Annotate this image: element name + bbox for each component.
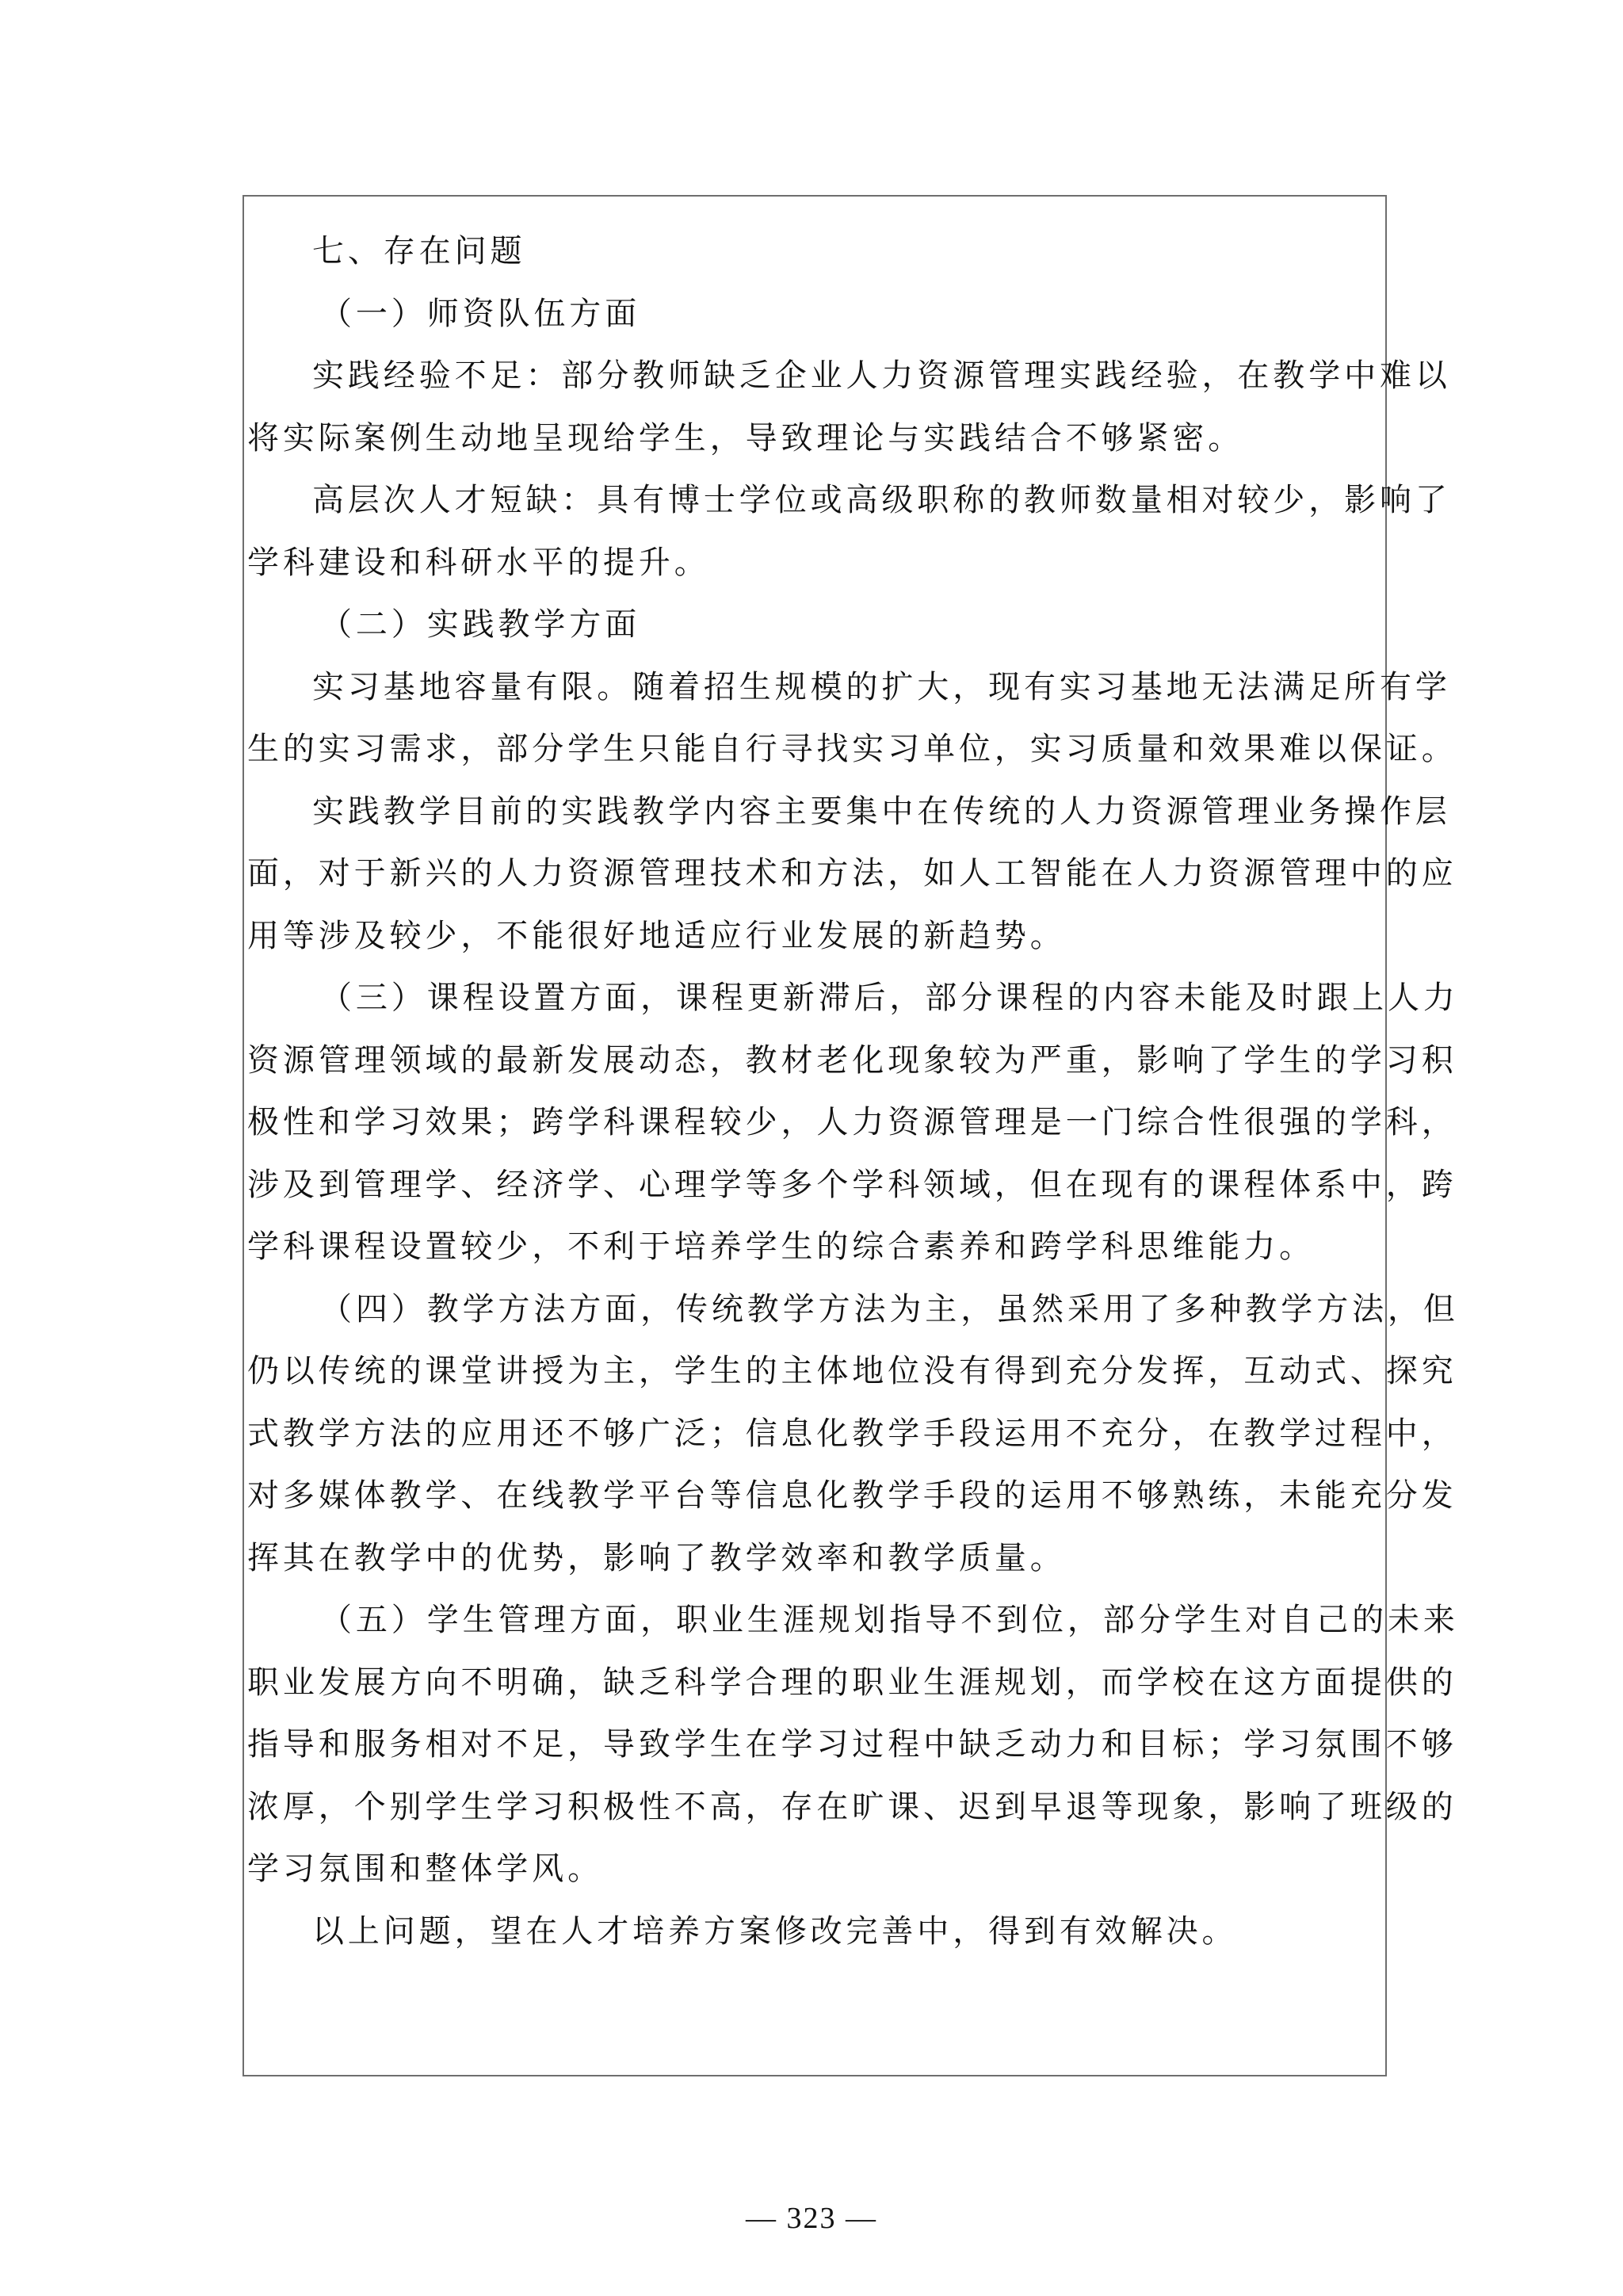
section-title: 七、存在问题 [247, 220, 1385, 283]
paragraph-line: 极性和学习效果；跨学科课程较少，人力资源管理是一门综合性很强的学科， [247, 1091, 1385, 1154]
paragraph-line: 资源管理领域的最新发展动态，教材老化现象较为严重，影响了学生的学习积 [247, 1030, 1385, 1092]
paragraph-line: 浓厚，个别学生学习积极性不高，存在旷课、迟到早退等现象，影响了班级的 [247, 1776, 1385, 1839]
document-page: 七、存在问题 （一）师资队伍方面 实践经验不足：部分教师缺乏企业人力资源管理实践… [0, 0, 1623, 2296]
subsection-heading-2: （二）实践教学方面 [247, 594, 1385, 656]
paragraph-line: 实践经验不足：部分教师缺乏企业人力资源管理实践经验，在教学中难以 [247, 345, 1385, 407]
paragraph-line: 学习氛围和整体学风。 [247, 1838, 1385, 1901]
paragraph-line: 高层次人才短缺：具有博士学位或高级职称的教师数量相对较少，影响了 [247, 469, 1385, 532]
content-body: 七、存在问题 （一）师资队伍方面 实践经验不足：部分教师缺乏企业人力资源管理实践… [247, 220, 1385, 1962]
paragraph-line: 实践教学目前的实践教学内容主要集中在传统的人力资源管理业务操作层 [247, 781, 1385, 843]
paragraph-line: 职业发展方向不明确，缺乏科学合理的职业生涯规划，而学校在这方面提供的 [247, 1652, 1385, 1714]
paragraph-line: 仍以传统的课堂讲授为主，学生的主体地位没有得到充分发挥，互动式、探究 [247, 1340, 1385, 1403]
paragraph-line: 挥其在教学中的优势，影响了教学效率和教学质量。 [247, 1527, 1385, 1590]
paragraph-practical-experience: 实践经验不足：部分教师缺乏企业人力资源管理实践经验，在教学中难以 将实际案例生动… [247, 345, 1385, 469]
content-frame: 七、存在问题 （一）师资队伍方面 实践经验不足：部分教师缺乏企业人力资源管理实践… [242, 195, 1387, 2076]
paragraph-line: 实习基地容量有限。随着招生规模的扩大，现有实习基地无法满足所有学 [247, 656, 1385, 719]
paragraph-line: 以上问题，望在人才培养方案修改完善中，得到有效解决。 [247, 1901, 1385, 1963]
paragraph-line: 将实际案例生动地呈现给学生，导致理论与实践结合不够紧密。 [247, 407, 1385, 470]
paragraph-student-management: （五）学生管理方面，职业生涯规划指导不到位，部分学生对自己的未来 职业发展方向不… [247, 1589, 1385, 1901]
paragraph-line: 面，对于新兴的人力资源管理技术和方法，如人工智能在人力资源管理中的应 [247, 842, 1385, 905]
paragraph-line: 涉及到管理学、经济学、心理学等多个学科领域，但在现有的课程体系中，跨 [247, 1154, 1385, 1217]
paragraph-line: （五）学生管理方面，职业生涯规划指导不到位，部分学生对自己的未来 [247, 1589, 1385, 1652]
paragraph-line: 用等涉及较少，不能很好地适应行业发展的新趋势。 [247, 905, 1385, 968]
paragraph-line: （三）课程设置方面，课程更新滞后，部分课程的内容未能及时跟上人力 [247, 967, 1385, 1030]
paragraph-curriculum: （三）课程设置方面，课程更新滞后，部分课程的内容未能及时跟上人力 资源管理领域的… [247, 967, 1385, 1278]
paragraph-practice-content: 实践教学目前的实践教学内容主要集中在传统的人力资源管理业务操作层 面，对于新兴的… [247, 781, 1385, 968]
page-number: — 323 — [0, 2199, 1623, 2238]
paragraph-teaching-methods: （四）教学方法方面，传统教学方法为主，虽然采用了多种教学方法，但 仍以传统的课堂… [247, 1278, 1385, 1590]
paragraph-line: 指导和服务相对不足，导致学生在学习过程中缺乏动力和目标；学习氛围不够 [247, 1713, 1385, 1776]
paragraph-line: （四）教学方法方面，传统教学方法为主，虽然采用了多种教学方法，但 [247, 1278, 1385, 1341]
paragraph-conclusion: 以上问题，望在人才培养方案修改完善中，得到有效解决。 [247, 1901, 1385, 1963]
paragraph-line: 学科建设和科研水平的提升。 [247, 532, 1385, 594]
paragraph-line: 对多媒体教学、在线教学平台等信息化教学手段的运用不够熟练，未能充分发 [247, 1465, 1385, 1527]
paragraph-high-level-talent: 高层次人才短缺：具有博士学位或高级职称的教师数量相对较少，影响了 学科建设和科研… [247, 469, 1385, 594]
paragraph-internship-base: 实习基地容量有限。随着招生规模的扩大，现有实习基地无法满足所有学 生的实习需求，… [247, 656, 1385, 781]
paragraph-line: 学科课程设置较少，不利于培养学生的综合素养和跨学科思维能力。 [247, 1216, 1385, 1278]
paragraph-line: 式教学方法的应用还不够广泛；信息化教学手段运用不充分，在教学过程中， [247, 1403, 1385, 1465]
paragraph-line: 生的实习需求，部分学生只能自行寻找实习单位，实习质量和效果难以保证。 [247, 718, 1385, 781]
subsection-heading-1: （一）师资队伍方面 [247, 283, 1385, 346]
